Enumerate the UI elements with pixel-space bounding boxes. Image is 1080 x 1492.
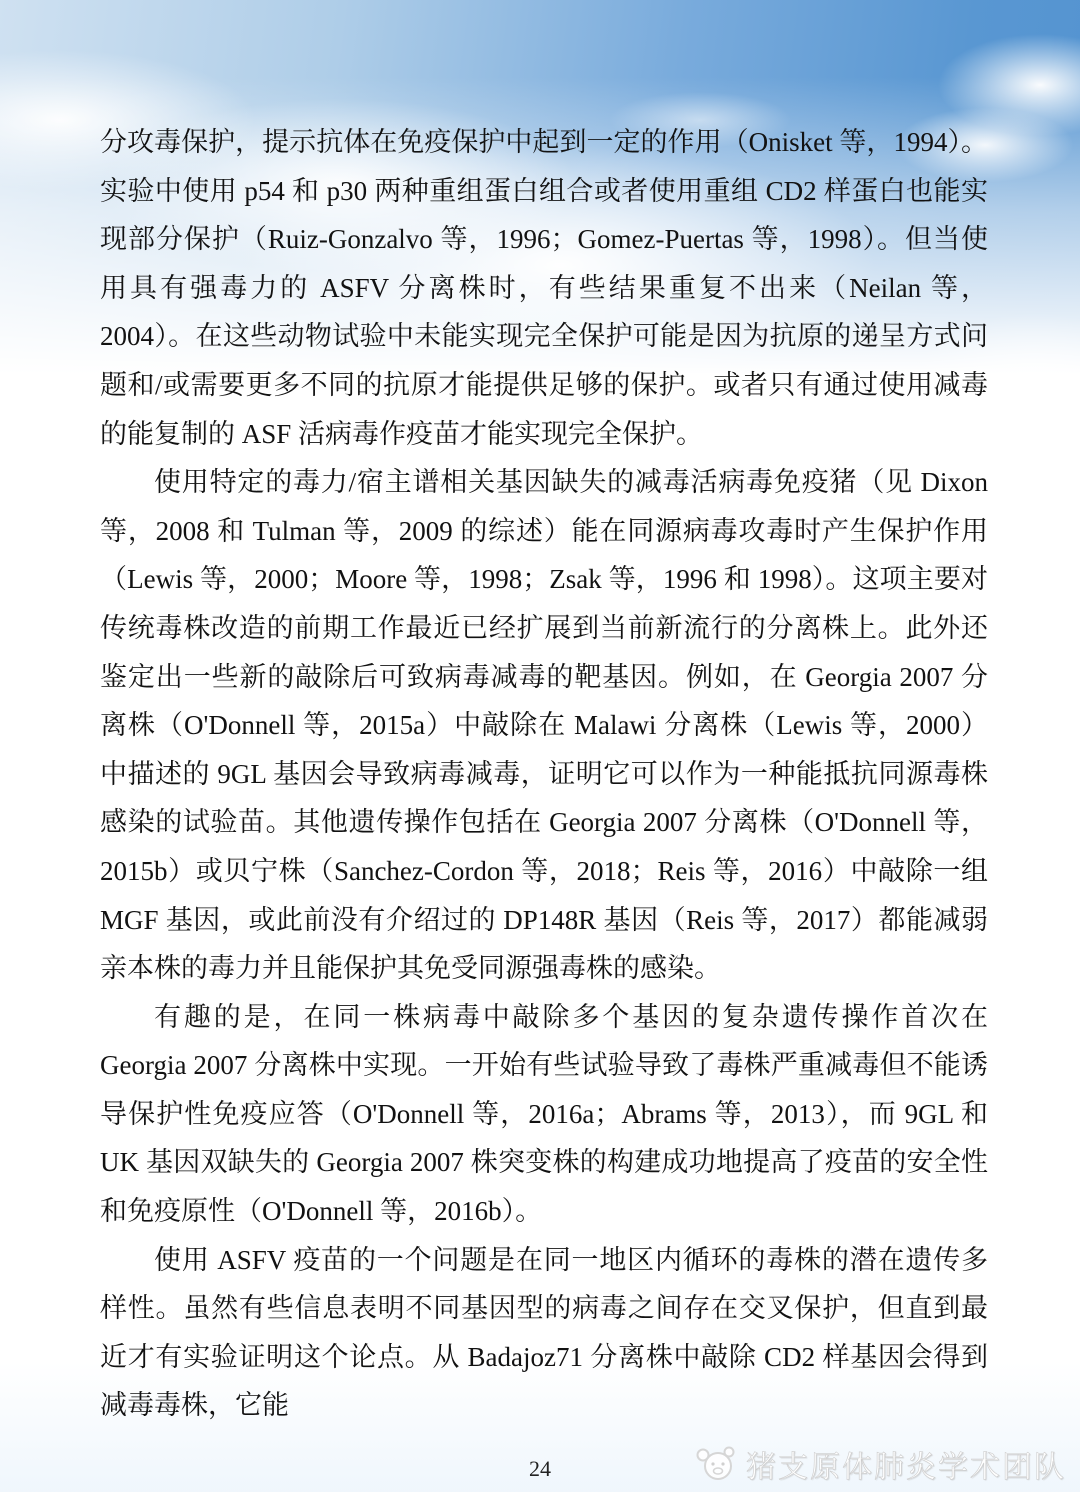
document-page: 分攻毒保护，提示抗体在免疫保护中起到一定的作用（Onisket 等，1994）。… [0, 0, 1080, 1492]
document-text-body: 分攻毒保护，提示抗体在免疫保护中起到一定的作用（Onisket 等，1994）。… [0, 0, 1080, 1430]
watermark-text: 猪支原体肺炎学术团队 [746, 1442, 1066, 1486]
watermark: 猪支原体肺炎学术团队 [696, 1442, 1066, 1486]
document-paragraph: 分攻毒保护，提示抗体在免疫保护中起到一定的作用（Onisket 等，1994）。… [100, 118, 988, 458]
document-paragraph: 有趣的是，在同一株病毒中敲除多个基因的复杂遗传操作首次在 Georgia 200… [100, 993, 988, 1236]
document-paragraph: 使用 ASFV 疫苗的一个问题是在同一地区内循环的毒株的潜在遗传多样性。虽然有些… [100, 1236, 988, 1430]
document-paragraph: 使用特定的毒力/宿主谱相关基因缺失的减毒活病毒免疫猪（见 Dixon 等，200… [100, 458, 988, 993]
pig-face-icon [696, 1446, 738, 1482]
